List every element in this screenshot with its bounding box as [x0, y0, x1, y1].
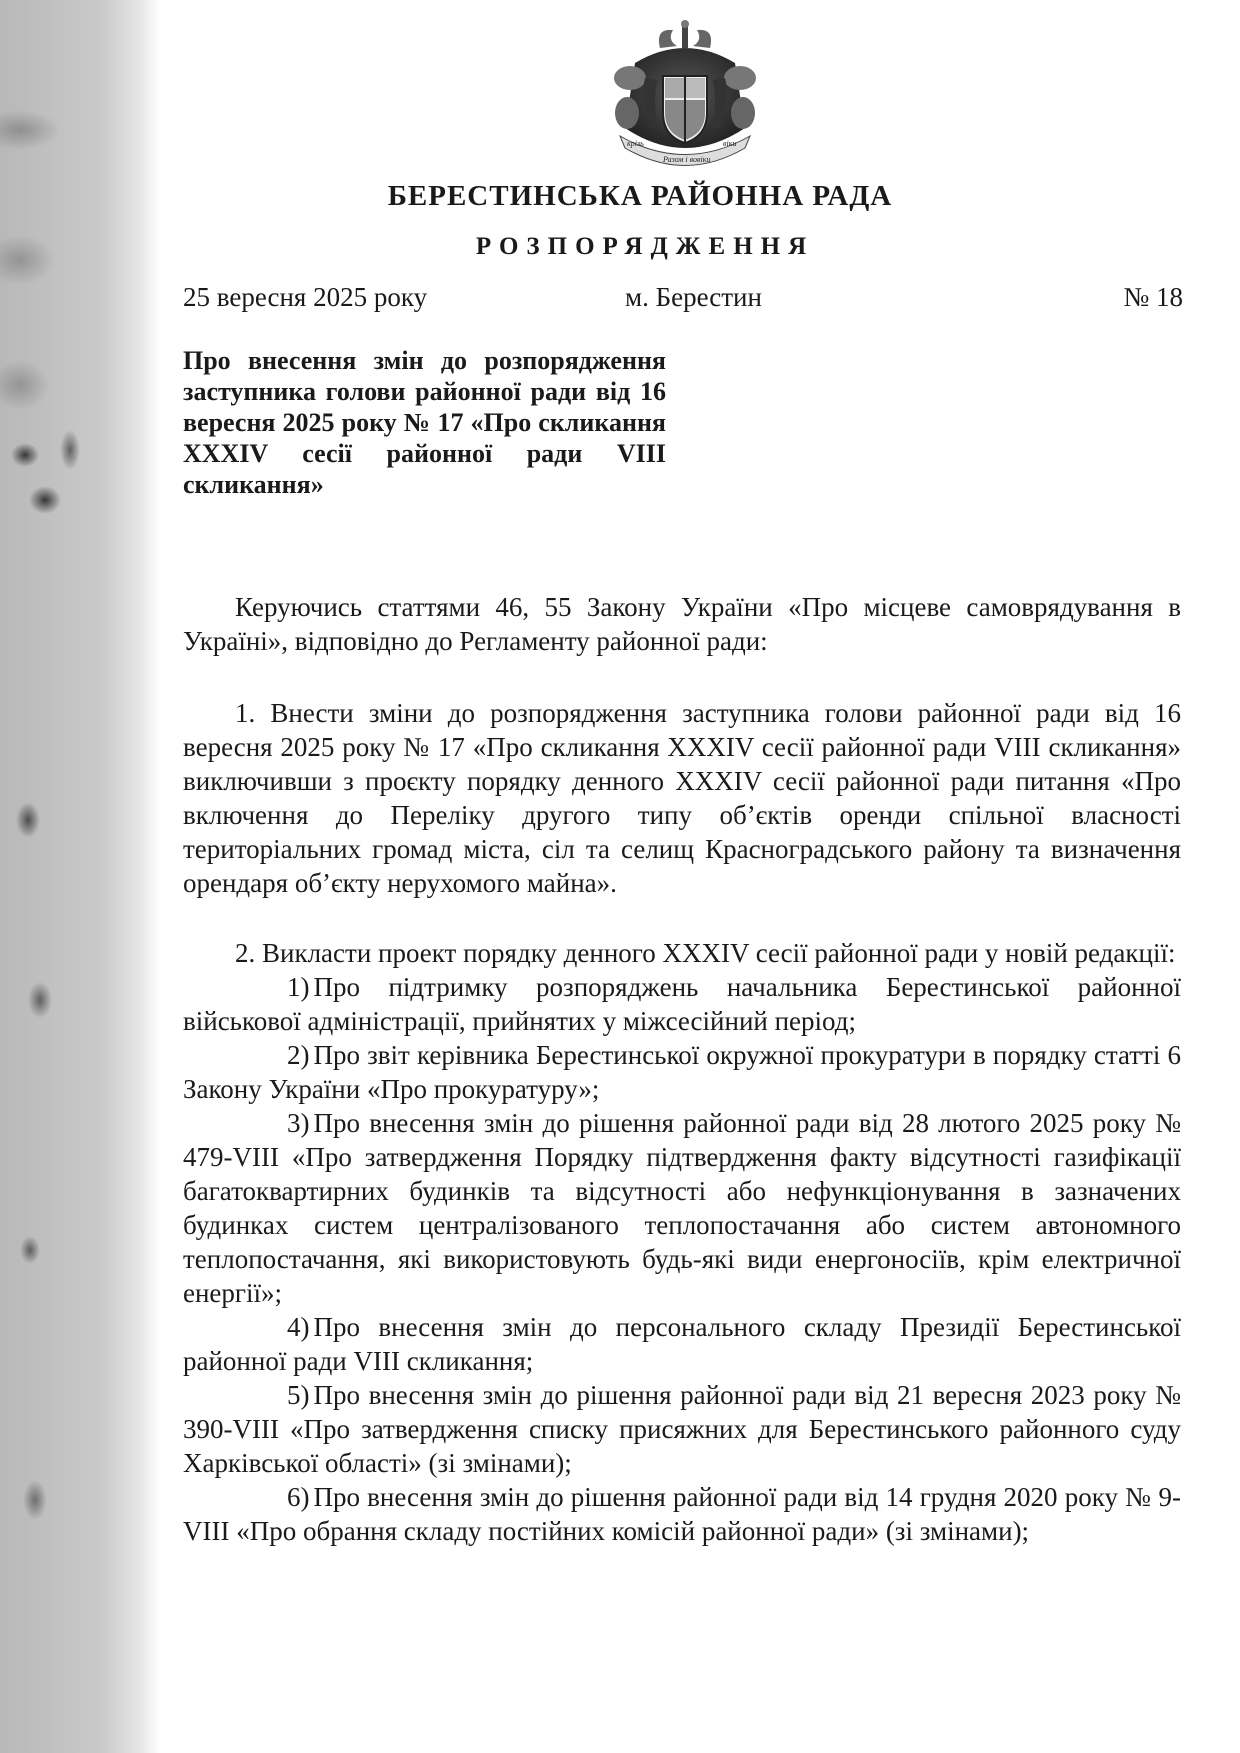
- organization-name: БЕРЕСТИНСЬКА РАЙОННА РАДА: [0, 180, 1240, 213]
- document-number: № 18: [1123, 282, 1183, 313]
- point-2-paragraph: 2. Викласти проект порядку денного XXXIV…: [183, 936, 1181, 970]
- scan-edge-artifact: [0, 0, 160, 1753]
- coat-of-arms-emblem: крізь віки Разом і вовіки: [605, 18, 765, 173]
- coat-of-arms-icon: крізь віки Разом і вовіки: [605, 18, 765, 173]
- document-city: м. Берестин: [625, 282, 762, 313]
- agenda-item-2: 2)Про звіт керівника Берестинської окруж…: [183, 1038, 1181, 1106]
- document-meta-row: 25 вересня 2025 року м. Берестин № 18: [183, 282, 1183, 322]
- svg-text:Разом і вовіки: Разом і вовіки: [662, 155, 710, 164]
- agenda-item-3: 3)Про внесення змін до рішення районної …: [183, 1106, 1181, 1310]
- agenda-item-5: 5)Про внесення змін до рішення районної …: [183, 1378, 1181, 1480]
- document-date: 25 вересня 2025 року: [183, 282, 427, 313]
- document-type-title: РОЗПОРЯДЖЕННЯ: [0, 233, 1240, 261]
- point-1-paragraph: 1. Внести зміни до розпорядження заступн…: [183, 696, 1181, 900]
- agenda-item-4: 4)Про внесення змін до персонального скл…: [183, 1310, 1181, 1378]
- agenda-item-1: 1)Про підтримку розпоряджень начальника …: [183, 970, 1181, 1038]
- preamble-paragraph: Керуючись статтями 46, 55 Закону України…: [183, 590, 1181, 658]
- svg-text:крізь: крізь: [627, 139, 644, 148]
- document-subject: Про внесення змін до розпорядження засту…: [183, 345, 666, 500]
- agenda-item-6: 6)Про внесення змін до рішення районної …: [183, 1480, 1181, 1548]
- svg-text:віки: віки: [723, 139, 736, 148]
- document-body: Керуючись статтями 46, 55 Закону України…: [183, 590, 1181, 1548]
